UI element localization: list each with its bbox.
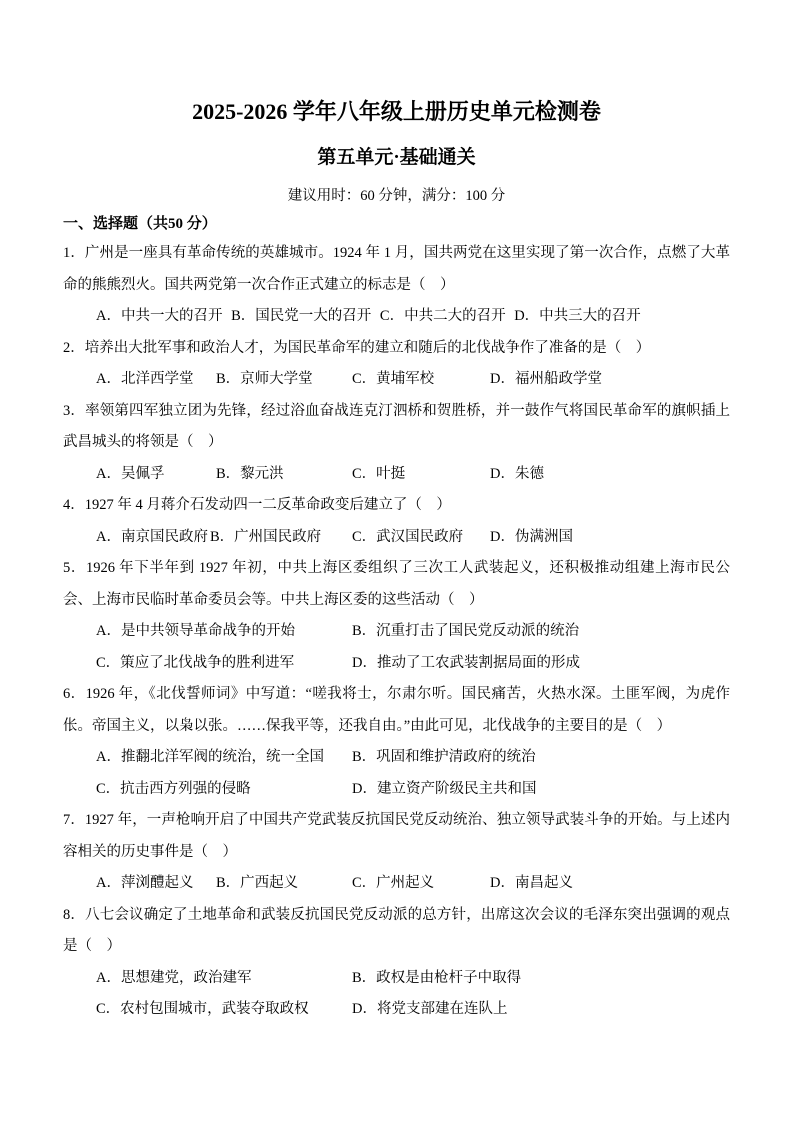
question-5: 5．1926 年下半年到 1927 年初，中共上海区委组织了三次工人武装起义，还… bbox=[63, 553, 730, 679]
question-6-option-a: A．推翻北洋军阀的统治，统一全国 bbox=[96, 742, 352, 774]
question-5-option-c: C．策应了北伐战争的胜利进军 bbox=[96, 648, 352, 680]
unit-subtitle: 第五单元·基础通关 bbox=[63, 144, 730, 172]
question-3: 3．率领第四军独立团为先锋，经过浴血奋战连克汀泗桥和贺胜桥，并一鼓作气将国民革命… bbox=[63, 396, 730, 491]
question-8-option-b: B．政权是由枪杆子中取得 bbox=[352, 963, 730, 995]
question-2-option-a: A．北洋西学堂 bbox=[96, 364, 216, 396]
question-1: 1．广州是一座具有革命传统的英雄城市。1924 年 1 月，国共两党在这里实现了… bbox=[63, 238, 730, 333]
question-7-stem: 7．1927 年，一声枪响开启了中国共产党武装反抗国民党反动统治、独立领导武装斗… bbox=[63, 805, 730, 868]
question-7-option-b: B．广西起义 bbox=[216, 868, 352, 900]
page-title: 2025-2026 学年八年级上册历史单元检测卷 bbox=[63, 97, 730, 127]
question-2: 2．培养出大批军事和政治人才，为国民革命军的建立和随后的北伐战争作了准备的是（ … bbox=[63, 333, 730, 396]
question-4-option-c: C．武汉国民政府 bbox=[352, 522, 490, 554]
question-7-option-a: A．萍浏醴起义 bbox=[96, 868, 216, 900]
question-8-option-d: D．将党支部建在连队上 bbox=[352, 994, 730, 1026]
question-7-option-c: C．广州起义 bbox=[352, 868, 490, 900]
question-3-option-c: C．叶挺 bbox=[352, 459, 490, 491]
question-3-stem: 3．率领第四军独立团为先锋，经过浴血奋战连克汀泗桥和贺胜桥，并一鼓作气将国民革命… bbox=[63, 396, 730, 459]
question-6-stem: 6．1926 年，《北伐誓师词》中写道：“嗟我将士，尔肃尔听。国民痛苦，火热水深… bbox=[63, 679, 730, 742]
question-3-options: A．吴佩孚 B．黎元洪 C．叶挺 D．朱德 bbox=[63, 459, 730, 491]
question-5-stem: 5．1926 年下半年到 1927 年初，中共上海区委组织了三次工人武装起义，还… bbox=[63, 553, 730, 616]
question-6-options: A．推翻北洋军阀的统治，统一全国 B．巩固和维护清政府的统治 C．抗击西方列强的… bbox=[63, 742, 730, 805]
question-1-option-c: C．中共二大的召开 bbox=[380, 308, 506, 324]
question-3-option-d: D．朱德 bbox=[490, 459, 730, 491]
question-8-options: A．思想建党，政治建军 B．政权是由枪杆子中取得 C．农村包围城市，武装夺取政权… bbox=[63, 963, 730, 1026]
question-7-option-d: D．南昌起义 bbox=[490, 868, 730, 900]
question-2-stem: 2．培养出大批军事和政治人才，为国民革命军的建立和随后的北伐战争作了准备的是（ … bbox=[63, 333, 730, 365]
question-1-option-b: B．国民党一大的召开 bbox=[231, 308, 371, 324]
question-5-option-a: A．是中共领导革命战争的开始 bbox=[96, 616, 352, 648]
question-5-option-d: D．推动了工农武装割据局面的形成 bbox=[352, 648, 730, 680]
question-5-option-b: B．沉重打击了国民党反动派的统治 bbox=[352, 616, 730, 648]
question-8: 8．八七会议确定了土地革命和武装反抗国民党反动派的总方针，出席这次会议的毛泽东突… bbox=[63, 900, 730, 1026]
exam-paper-page: 2025-2026 学年八年级上册历史单元检测卷 第五单元·基础通关 建议用时：… bbox=[0, 0, 793, 1122]
question-4-option-a: A．南京国民政府 bbox=[96, 522, 210, 554]
question-2-option-c: C．黄埔军校 bbox=[352, 364, 490, 396]
question-1-option-d: D．中共三大的召开 bbox=[514, 308, 640, 324]
question-2-option-b: B．京师大学堂 bbox=[216, 364, 352, 396]
question-7: 7．1927 年，一声枪响开启了中国共产党武装反抗国民党反动统治、独立领导武装斗… bbox=[63, 805, 730, 900]
question-7-options: A．萍浏醴起义 B．广西起义 C．广州起义 D．南昌起义 bbox=[63, 868, 730, 900]
question-4-stem: 4．1927 年 4 月蒋介石发动四一二反革命政变后建立了（ ） bbox=[63, 490, 730, 522]
question-4-option-d: D．伪满洲国 bbox=[490, 522, 730, 554]
question-4-option-b: B．广州国民政府 bbox=[210, 522, 352, 554]
question-6: 6．1926 年，《北伐誓师词》中写道：“嗟我将士，尔肃尔听。国民痛苦，火热水深… bbox=[63, 679, 730, 805]
question-3-option-a: A．吴佩孚 bbox=[96, 459, 216, 491]
question-8-option-c: C．农村包围城市，武装夺取政权 bbox=[96, 994, 352, 1026]
section-heading-choice: 一、选择题（共50 分） bbox=[63, 212, 730, 236]
question-8-stem: 8．八七会议确定了土地革命和武装反抗国民党反动派的总方针，出席这次会议的毛泽东突… bbox=[63, 900, 730, 963]
question-4-options: A．南京国民政府 B．广州国民政府 C．武汉国民政府 D．伪满洲国 bbox=[63, 522, 730, 554]
question-6-option-d: D．建立资产阶级民主共和国 bbox=[352, 774, 730, 806]
time-score-info: 建议用时：60 分钟，满分：100 分 bbox=[63, 186, 730, 206]
question-1-stem: 1．广州是一座具有革命传统的英雄城市。1924 年 1 月，国共两党在这里实现了… bbox=[63, 238, 730, 301]
question-2-option-d: D．福州船政学堂 bbox=[490, 364, 730, 396]
question-4: 4．1927 年 4 月蒋介石发动四一二反革命政变后建立了（ ） A．南京国民政… bbox=[63, 490, 730, 553]
question-5-options: A．是中共领导革命战争的开始 B．沉重打击了国民党反动派的统治 C．策应了北伐战… bbox=[63, 616, 730, 679]
question-6-option-c: C．抗击西方列强的侵略 bbox=[96, 774, 352, 806]
question-1-options: A．中共一大的召开 B．国民党一大的召开 C．中共二大的召开 D．中共三大的召开 bbox=[63, 301, 730, 333]
question-8-option-a: A．思想建党，政治建军 bbox=[96, 963, 352, 995]
question-1-option-a: A．中共一大的召开 bbox=[96, 308, 222, 324]
question-2-options: A．北洋西学堂 B．京师大学堂 C．黄埔军校 D．福州船政学堂 bbox=[63, 364, 730, 396]
question-6-option-b: B．巩固和维护清政府的统治 bbox=[352, 742, 730, 774]
question-3-option-b: B．黎元洪 bbox=[216, 459, 352, 491]
